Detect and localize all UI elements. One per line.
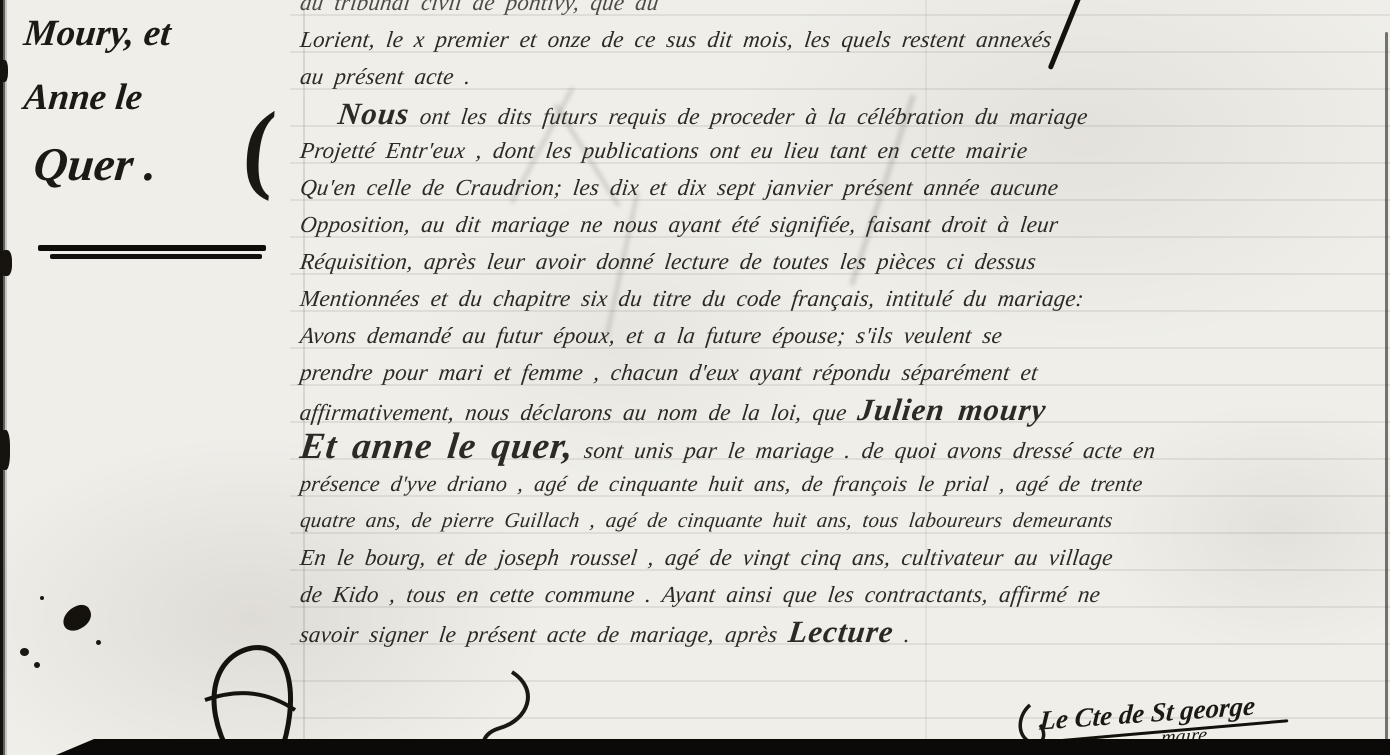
text-segment: affirmativement, nous déclarons au nom d… [298,400,859,425]
text-line: Projetté Entr'eux , dont les publication… [298,132,1390,169]
act-body-text: du tribunal civil de pontivy, que duLori… [298,0,1390,650]
margin-divider-rule [38,245,270,261]
text-segment: présence d'yve driano , agé de cinquante… [299,471,1144,496]
text-segment: Projetté Entr'eux , dont les publication… [299,138,1029,163]
text-segment: Lorient, le x premier et onze de ce sus … [299,27,1054,52]
page-edge-notch [0,60,8,82]
ink-spot [40,596,44,600]
text-segment: Qu'en celle de Craudrion; les dix et dix… [299,175,1060,200]
text-line: Opposition, au dit mariage ne nous ayant… [298,206,1390,243]
text-segment: savoir signer le présent acte de mariage… [298,622,790,647]
text-line: au présent acte . [298,58,1390,95]
text-segment: En le bourg, et de joseph roussel , agé … [299,545,1115,570]
text-segment: Réquisition, après leur avoir donné lect… [299,249,1038,274]
text-line: présence d'yve driano , agé de cinquante… [298,465,1390,502]
ink-spot [34,662,40,668]
text-line: Lorient, le x premier et onze de ce sus … [298,21,1390,58]
ink-spot [96,640,101,645]
scan-edge-bottom [56,739,1390,755]
text-line: savoir signer le présent acte de mariage… [298,613,1390,650]
text-line: de Kido , tous en cette commune . Ayant … [298,576,1390,613]
rule-stroke [38,245,266,251]
text-line: Nous ont les dits futurs requis de proce… [298,95,1390,132]
text-segment: Opposition, au dit mariage ne nous ayant… [299,212,1060,237]
ink-blot [59,601,96,635]
text-line: prendre pour mari et femme , chacun d'eu… [298,354,1390,391]
text-segment: . [892,622,912,647]
text-segment: Mentionnées et du chapitre six du titre … [299,286,1086,311]
scanned-marriage-act-page: Moury, etAnne leQuer . ( du tribunal civ… [0,0,1390,755]
page-edge-notch [0,250,12,276]
text-segment: au présent acte . [299,64,472,89]
text-line: quatre ans, de pierre Guillach , agé de … [298,502,1390,539]
margin-name-line: Moury, et [21,2,278,66]
text-segment: sont unis par le mariage . de quoi avons… [572,438,1157,463]
ink-spot [20,648,29,656]
page-edge-right [1385,32,1388,741]
rule-stroke [50,254,262,259]
text-line: Réquisition, après leur avoir donné lect… [298,243,1390,280]
flourish-cross-stroke [205,693,295,710]
text-line: Qu'en celle de Craudrion; les dix et dix… [298,169,1390,206]
emphasized-words: Et anne le quer, [298,426,577,467]
text-line: du tribunal civil de pontivy, que du [298,0,1390,21]
text-segment: de Kido , tous en cette commune . Ayant … [299,582,1102,607]
text-segment: du tribunal civil de pontivy, que du [299,0,661,15]
text-segment: quatre ans, de pierre Guillach , agé de … [299,508,1114,532]
text-line: Mentionnées et du chapitre six du titre … [298,280,1390,317]
emphasized-words: Nous [336,96,412,131]
page-torn-edge-left [0,0,9,755]
text-line: Et anne le quer, sont unis par le mariag… [298,428,1390,465]
text-segment: Avons demandé au futur époux, et a la fu… [299,323,1004,348]
text-line: Avons demandé au futur époux, et a la fu… [298,317,1390,354]
flourish-loop [214,648,291,755]
emphasized-words: Lecture [787,614,896,649]
text-segment: ont les dits futurs requis de proceder à… [408,104,1090,129]
page-edge-notch [0,430,10,470]
text-line: En le bourg, et de joseph roussel , agé … [298,539,1390,576]
emphasized-words: Julien moury [856,392,1049,427]
text-segment: prendre pour mari et femme , chacun d'eu… [299,360,1040,385]
text-line: affirmativement, nous déclarons au nom d… [298,391,1390,428]
